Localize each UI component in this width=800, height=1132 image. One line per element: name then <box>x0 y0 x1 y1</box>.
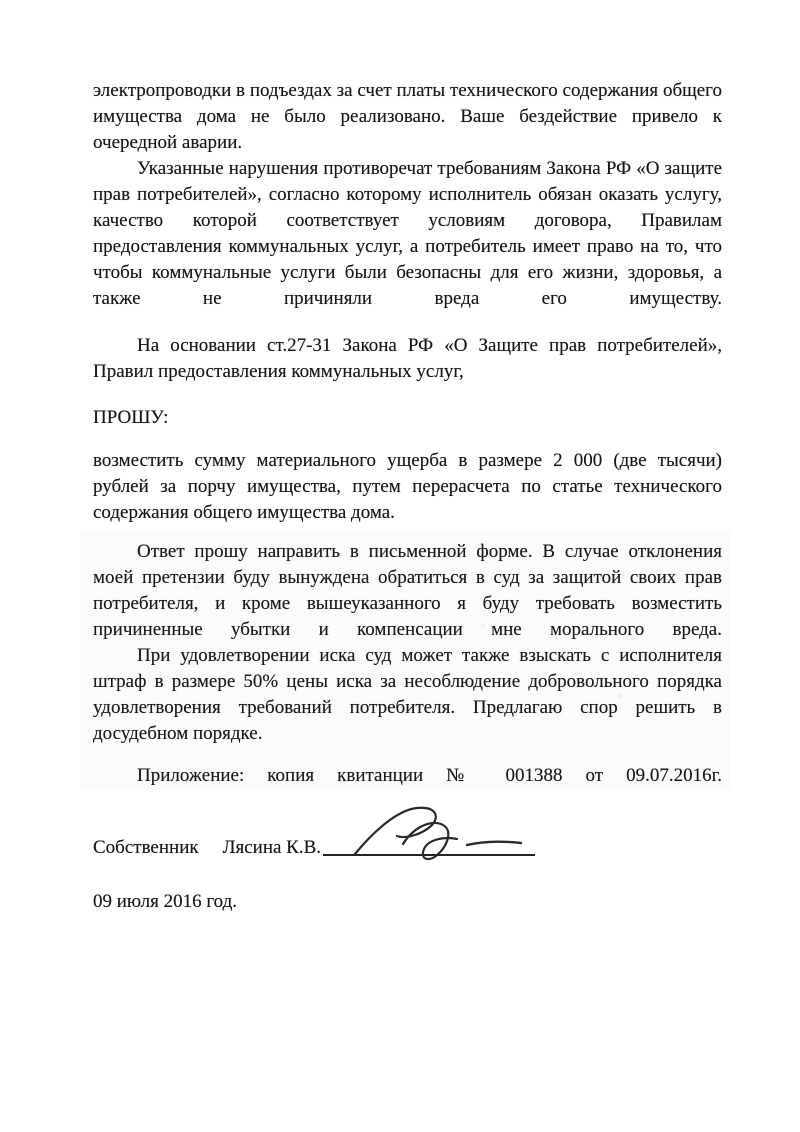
paragraph-legal-basis: На основании ст.27-31 Закона РФ «О Защит… <box>93 333 722 385</box>
signature-owner-name: Лясина К.В. <box>223 837 321 858</box>
paragraph-reply-request: Ответ прошу направить в письменной форме… <box>93 539 722 643</box>
signature-line <box>323 837 535 856</box>
paragraph-continuation: электропроводки в подъездах за счет плат… <box>93 78 722 156</box>
request-heading: ПРОШУ: <box>93 405 722 431</box>
scanned-letter-page: электропроводки в подъездах за счет плат… <box>0 0 800 1132</box>
handwritten-signature-icon <box>351 804 526 862</box>
signature-row: СобственникЛясина К.В. <box>93 835 722 861</box>
paragraph-demand: возместить сумму материального ущерба в … <box>93 448 722 526</box>
date-line: 09 июля 2016 год. <box>93 889 722 915</box>
paragraph-violations: Указанные нарушения противоречат требова… <box>93 156 722 312</box>
attachment-line: Приложение: копия квитанции № 001388 от … <box>93 763 722 789</box>
signature-role-label: Собственник <box>93 837 199 858</box>
paragraph-penalty: При удовлетворении иска суд может также … <box>93 643 722 747</box>
